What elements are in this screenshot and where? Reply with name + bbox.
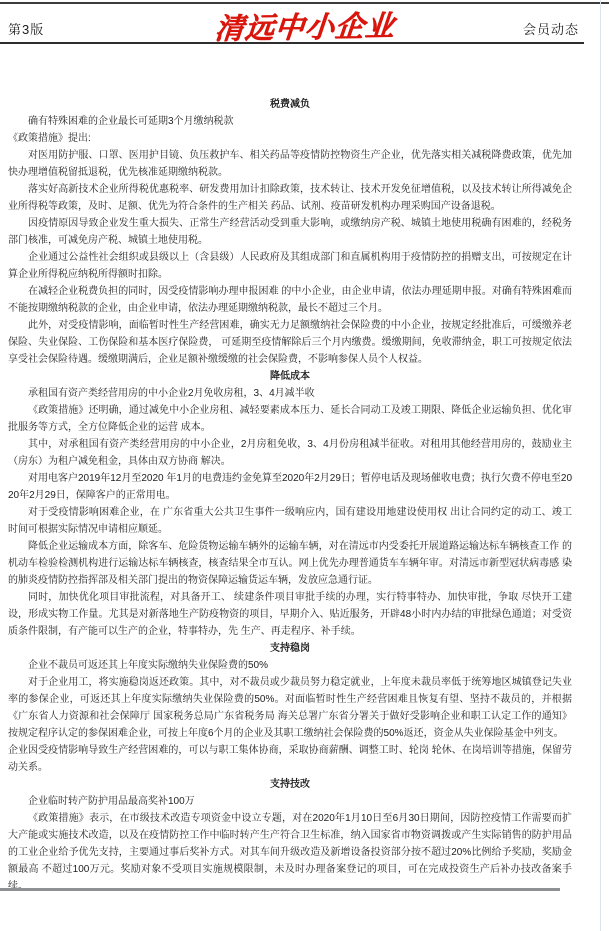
paragraph: 同时，加快优化项目审批流程，对具备开工、 续建条件项目审批手续的办理，实行特事特…: [8, 589, 572, 640]
section-heading-cost-reduction: 降低成本: [8, 368, 572, 385]
paragraph: 企业因受疫情影响导致生产经营困难的，可以与职工集体协商，采取协商薪酬、调整工时、…: [8, 742, 572, 776]
section-subhead: 承租国有资产类经营用房的中小企业2月免收房租，3、4月减半收: [8, 385, 572, 402]
section-heading-job-stabilization: 支持稳岗: [8, 640, 572, 657]
page-right-edge: [600, 0, 601, 931]
paragraph: 落实好高新技术企业所得税优惠税率、研发费用加计扣除政策，技术转让、技术开发免征增…: [8, 181, 572, 215]
section-subhead: 确有特殊困难的企业最长可延期3个月缴纳税款: [8, 113, 572, 130]
section-subhead: 企业临时转产防护用品最高奖补100万: [8, 793, 572, 810]
paragraph: 对医用防护服、口罩、医用护目镜、负压救护车、相关药品等疫情防控物资生产企业，优先…: [8, 147, 572, 181]
page-header: 第3版 清远中小企业 会员动态: [0, 4, 609, 42]
paragraph: 对于企业用工，将实施稳岗返还政策。其中，对不裁员或少裁员努力稳定就业，上年度未裁…: [8, 674, 572, 742]
paragraph: 其中，对承租国有资产类经营用房的中小企业，2月房租免收，3、4月份房租减半征收。…: [8, 436, 572, 470]
paragraph: 《政策措施》还明确，通过减免中小企业房租、减轻要素成本压力、延长合同动工及竣工期…: [8, 402, 572, 436]
paragraph: 因疫情原因导致企业发生重大损失、正常生产经营活动受到重大影响，或缴纳房产税、城镇…: [8, 215, 572, 249]
column-label: 会员动态: [523, 19, 579, 38]
paragraph: 对用电客户2019年12月至2020 年1月的电费违约金免算至2020年2月29…: [8, 470, 572, 504]
header-divider-rule: [0, 42, 584, 44]
section-subhead: 企业不裁员可返还其上年度实际缴纳失业保险费的50%: [8, 657, 572, 674]
edition-label: 第3版: [8, 19, 44, 38]
paragraph: 《政策措施》表示，在市级技术改造专项资金中设立专题，对在2020年1月10日至6…: [8, 810, 572, 895]
bottom-divider-rule: [0, 888, 560, 891]
section-lead: 《政策措施》提出:: [8, 130, 572, 147]
article-body: 税费减负 确有特殊困难的企业最长可延期3个月缴纳税款 《政策措施》提出: 对医用…: [8, 96, 572, 895]
paragraph: 此外，对受疫情影响，面临暂时性生产经营困难，确实无力足额缴纳社会保险费的中小企业…: [8, 317, 572, 368]
section-heading-tax-relief: 税费减负: [8, 96, 572, 113]
paragraph: 对于受疫情影响困难企业，在 广东省重大公共卫生事件一级响应内，国有建设用地建设使…: [8, 504, 572, 538]
newspaper-page: 第3版 清远中小企业 会员动态 税费减负 确有特殊困难的企业最长可延期3个月缴纳…: [0, 0, 609, 931]
masthead-title: 清远中小企业: [213, 3, 397, 47]
paragraph: 企业通过公益性社会组织或县级以上（含县级）人民政府及其组成部门和直属机构用于疫情…: [8, 249, 572, 283]
paragraph: 在减轻企业税费负担的同时，因受疫情影响办理申报困难 的中小企业，由企业申请，依法…: [8, 283, 572, 317]
section-heading-technical-upgrade: 支持技改: [8, 776, 572, 793]
paragraph: 降低企业运输成本方面，除客车、危险货物运输车辆外的运输车辆，对在清远市内受委托开…: [8, 538, 572, 589]
